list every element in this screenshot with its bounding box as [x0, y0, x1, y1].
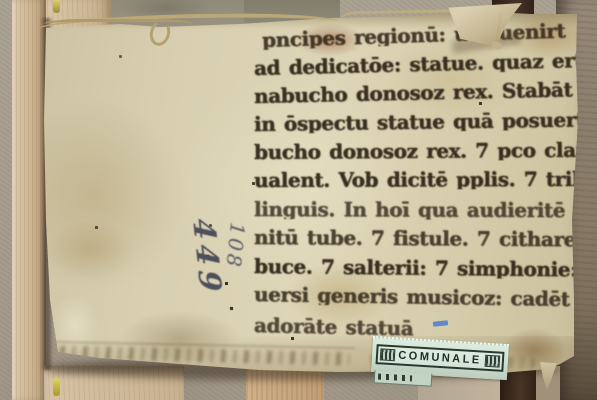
manuscript-line: ualent. Vob dicitē pplis. 7 trib — [254, 169, 597, 190]
manuscript-line: linguis. In hoī qua audieritē — [254, 199, 597, 220]
shelfmark-number: 108 — [221, 221, 250, 270]
label-ornament-icon — [378, 373, 412, 381]
parchment-cord — [44, 19, 194, 29]
label-ornament-icon — [485, 355, 501, 368]
handwritten-shelfmark: 449 108 — [150, 212, 270, 317]
label-text: COMUNALE — [398, 350, 482, 367]
manuscript-line: bucho donosoz rex. 7 pco clama — [254, 140, 597, 162]
photo-stage: pncipes regionū: ut ouenirt ad dedicatōe… — [0, 0, 597, 400]
label-ornament-icon — [380, 348, 396, 361]
manuscript-line: buce. 7 salterii: 7 simphonie: 7 — [254, 256, 597, 280]
brass-pin — [53, 378, 60, 396]
parchment-leaf: pncipes regionū: ut ouenirt ad dedicatōe… — [0, 0, 597, 400]
brass-pin — [53, 0, 60, 13]
manuscript-line: nitū tube. 7 fistule. 7 cithare. — [254, 227, 597, 249]
